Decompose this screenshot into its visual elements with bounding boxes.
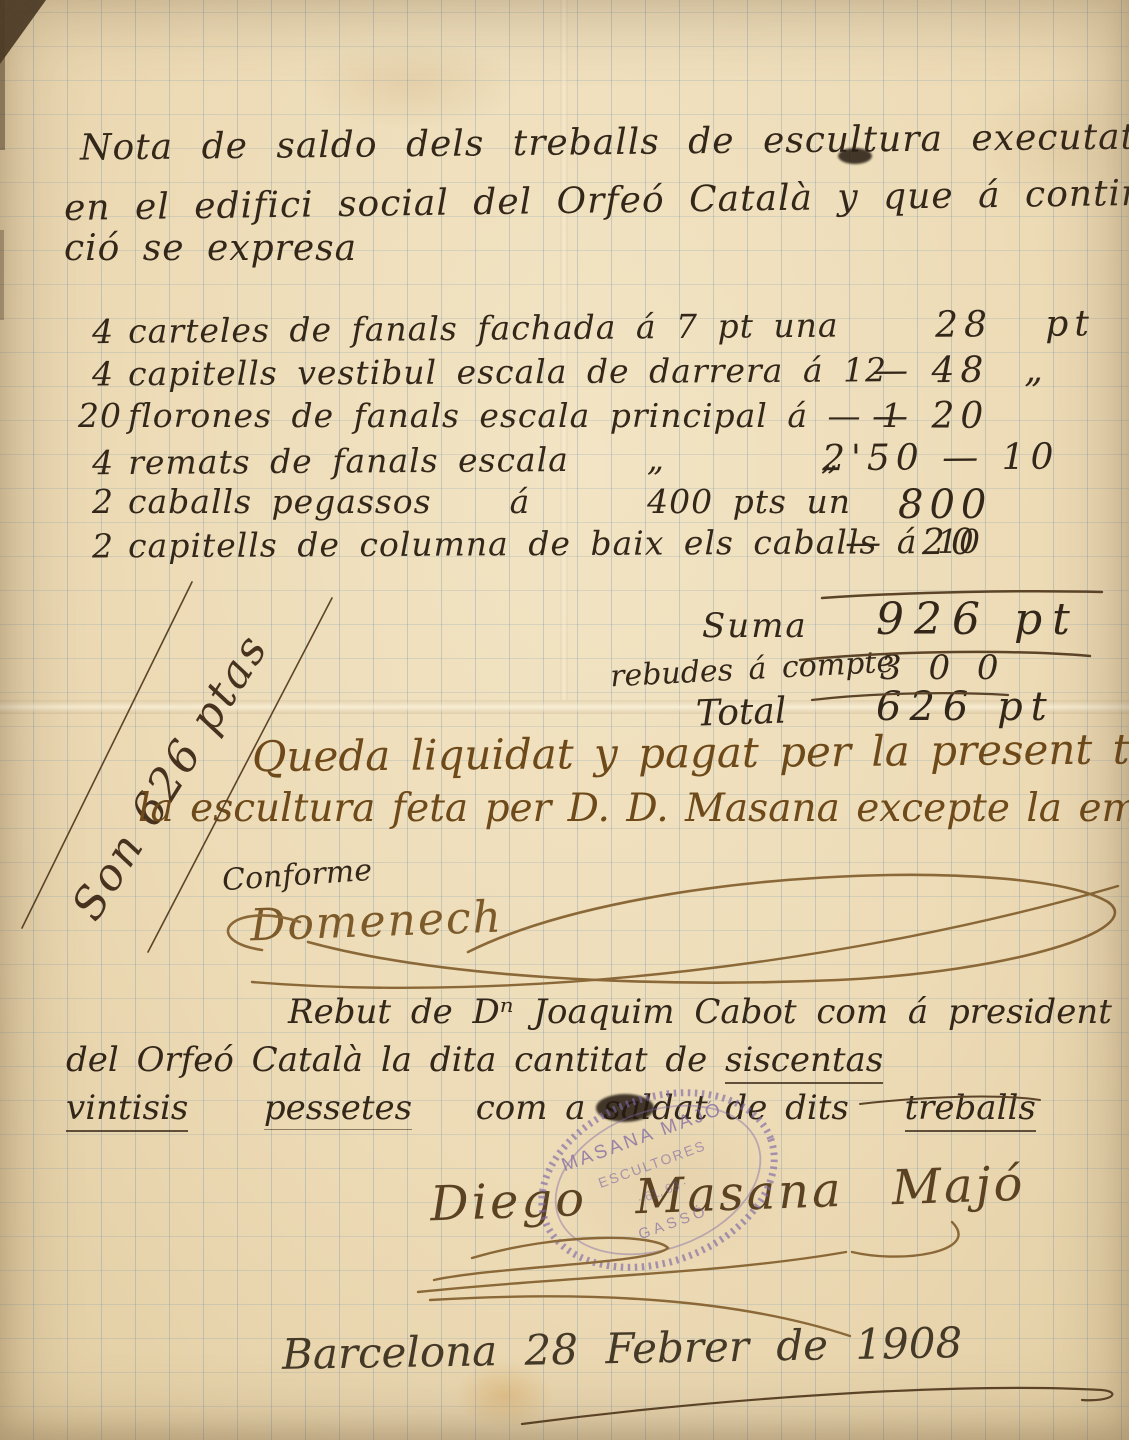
dateline: Barcelona 28 Febrer de 1908 [282, 1318, 963, 1379]
receipt-underlined-pessetes: pessetes [264, 1088, 412, 1130]
signature-masana: Diego Masana Majó [429, 1156, 1026, 1233]
item-qty: 4 [92, 354, 114, 393]
item-qty: 4 [92, 312, 114, 351]
left-edge-shadow-2 [0, 230, 4, 320]
item-desc: carteles de fanals fachada á 7 pt una [128, 306, 839, 351]
heading-line-2: en el edifici social del Orfeó Català y … [64, 172, 1129, 229]
ink-blot [596, 1094, 654, 1122]
item-amount: — 20 [872, 396, 989, 437]
item-qty: 4 [92, 443, 114, 482]
scanned-document-page: Nota de saldo dels treballs de escultura… [0, 0, 1129, 1440]
item-row: 4 remats de fanals escala „ „ 2'50 — 10 [0, 436, 1129, 444]
item-row: 2 capitells de columna de baix els cabal… [0, 521, 1129, 527]
receipt-line-3-text: com a saldat de dits [476, 1088, 849, 1128]
signature-domenech: Domenech [249, 892, 504, 952]
receipt-line-2: del Orfeó Català la dita cantitat de sis… [66, 1040, 883, 1080]
item-qty: 2 [92, 526, 114, 565]
date-underline-swoosh [522, 1388, 1112, 1424]
masana-tail-flourish [852, 1222, 959, 1257]
receipt-underlined-treballs: treballs [905, 1088, 1036, 1132]
receipt-underlined-vintisis: vintisis [66, 1088, 188, 1132]
heading-line-1: Nota de saldo dels treballs de escultura… [80, 116, 1129, 168]
paper-stain [300, 40, 520, 130]
totals-rebudes-label: rebudes á compte [609, 645, 895, 695]
receipt-line-1: Rebut de Dⁿ Joaquim Cabot com á presiden… [288, 992, 1112, 1032]
left-edge-shadow [0, 0, 5, 150]
item-amount: 28 pt [935, 303, 1095, 345]
heading-line-3: ció se expresa [64, 228, 357, 269]
item-amount: — 48 „ [872, 349, 1049, 391]
totals-suma-label: Suma [702, 606, 808, 646]
item-amount: — 20 [845, 522, 980, 564]
totals-suma-value: 926 pt [876, 594, 1080, 645]
masana-flourish-stroke-1 [418, 1252, 846, 1292]
receipt-line-3: vintisis pessetes com a saldat de dits t… [66, 1088, 1036, 1128]
dark-corner-artifact [0, 0, 46, 64]
item-desc: capitells vestibul escala de darrera á 1… [128, 350, 887, 393]
ink-blot [838, 148, 872, 164]
item-desc: remats de fanals escala „ „ [128, 438, 839, 482]
conforme-label: Conforme [221, 853, 373, 898]
item-qty: 2 [92, 482, 114, 521]
fold-crease-vertical [560, 0, 568, 700]
totals-total-value: 626 pt [876, 684, 1055, 730]
item-desc: florones de fanals escala principal á — … [128, 396, 903, 435]
settlement-line-1: Queda liquidat y pagat per la present to… [252, 724, 1129, 781]
receipt-underlined-siscentas: siscentas [725, 1040, 883, 1084]
item-row: 4 carteles de fanals fachada á 7 pt una … [0, 303, 1129, 313]
masana-flourish-loop [434, 1238, 668, 1280]
receipt-line-2-text: del Orfeó Català la dita cantitat de [66, 1040, 707, 1080]
item-amount: 2'50 — 10 [822, 437, 1060, 480]
totals-rebudes-value: 3 0 0 [880, 648, 1007, 688]
item-qty: 20 [78, 396, 122, 435]
item-desc: caballs pegassos á 400 pts un [128, 482, 851, 521]
settlement-line-2: la escultura feta per D. D. Masana excep… [138, 786, 1129, 831]
